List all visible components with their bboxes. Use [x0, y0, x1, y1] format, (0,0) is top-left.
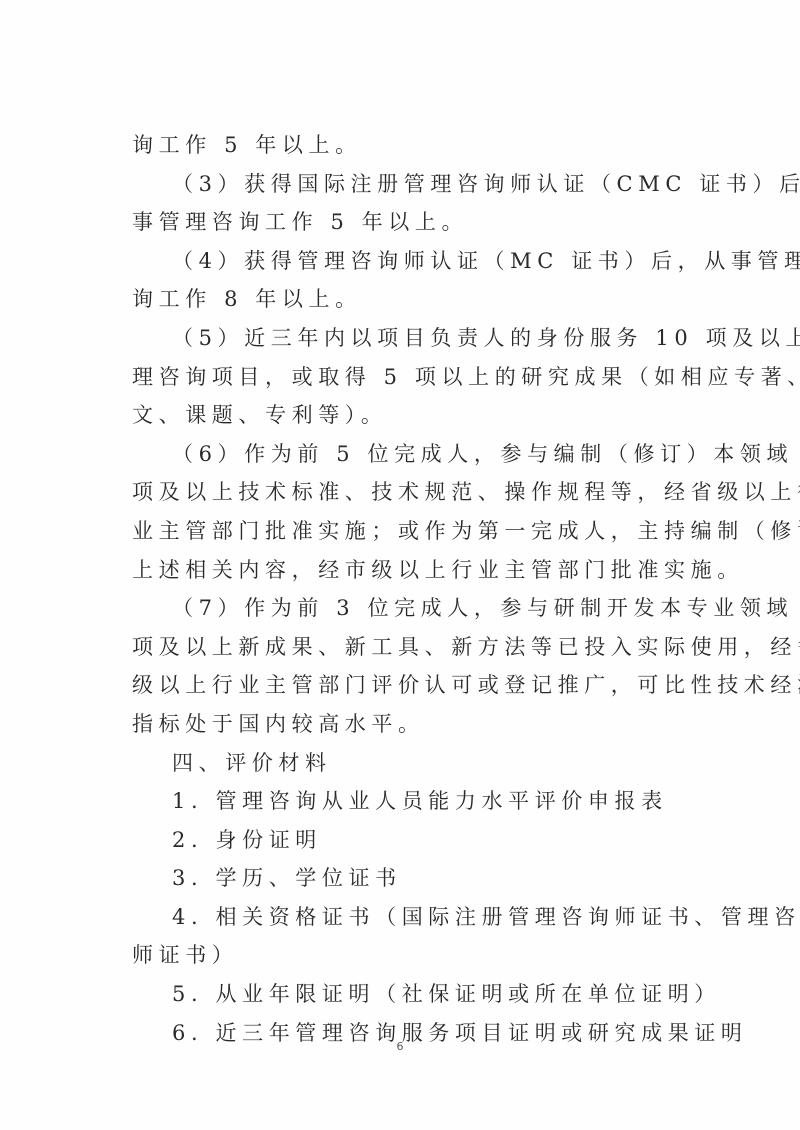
document-page: 询工作 5 年以上。 （3）获得国际注册管理咨询师认证（CMC 证书）后，从 事…	[0, 0, 800, 1130]
material-item-4-line-2: 师证书）	[132, 936, 668, 975]
material-item-4-line-1: 4. 相关资格证书（国际注册管理咨询师证书、管理咨询	[132, 898, 668, 937]
item-7-line-3: 级以上行业主管部门评价认可或登记推广，可比性技术经济	[132, 666, 668, 705]
item-4-line-2: 询工作 8 年以上。	[132, 280, 668, 319]
material-item-2: 2. 身份证明	[132, 821, 668, 860]
material-item-5: 5. 从业年限证明（社保证明或所在单位证明）	[132, 975, 668, 1014]
item-3-line-1: （3）获得国际注册管理咨询师认证（CMC 证书）后，从	[132, 165, 668, 204]
material-item-3: 3. 学历、学位证书	[132, 859, 668, 898]
item-7-line-2: 项及以上新成果、新工具、新方法等已投入实际使用，经省	[132, 628, 668, 667]
section-heading: 四、评价材料	[132, 744, 668, 783]
text-line: 询工作 5 年以上。	[132, 126, 668, 165]
item-6-line-4: 上述相关内容，经市级以上行业主管部门批准实施。	[132, 551, 668, 590]
item-7-line-1: （7）作为前 3 位完成人，参与研制开发本专业领域 3	[132, 589, 668, 628]
item-3-line-2: 事管理咨询工作 5 年以上。	[132, 203, 668, 242]
item-6-line-1: （6）作为前 5 位完成人，参与编制（修订）本领域 3	[132, 435, 668, 474]
page-number: 6	[0, 1040, 800, 1053]
item-6-line-3: 业主管部门批准实施；或作为第一完成人，主持编制（修订）	[132, 512, 668, 551]
item-5-line-3: 文、课题、专利等）。	[132, 396, 668, 435]
document-body: 询工作 5 年以上。 （3）获得国际注册管理咨询师认证（CMC 证书）后，从 事…	[132, 126, 668, 1052]
item-5-line-2: 理咨询项目，或取得 5 项以上的研究成果（如相应专著、论	[132, 358, 668, 397]
material-item-1: 1. 管理咨询从业人员能力水平评价申报表	[132, 782, 668, 821]
item-7-line-4: 指标处于国内较高水平。	[132, 705, 668, 744]
item-4-line-1: （4）获得管理咨询师认证（MC 证书）后，从事管理咨	[132, 242, 668, 281]
item-5-line-1: （5）近三年内以项目负责人的身份服务 10 项及以上管	[132, 319, 668, 358]
item-6-line-2: 项及以上技术标准、技术规范、操作规程等，经省级以上行	[132, 473, 668, 512]
